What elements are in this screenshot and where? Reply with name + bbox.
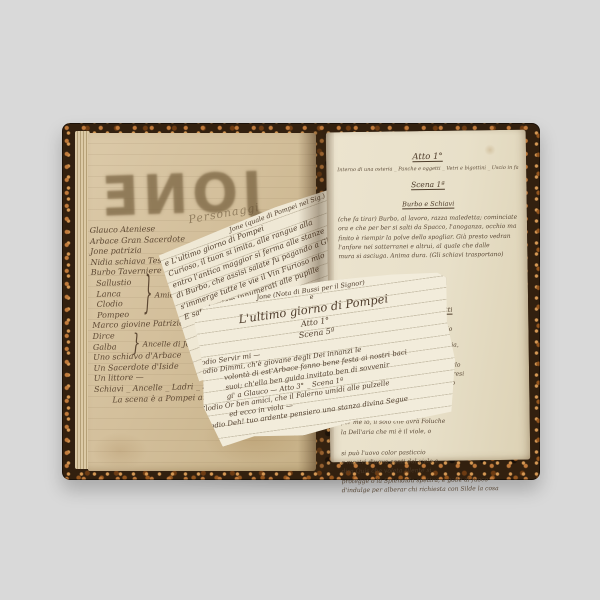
handwritten-line: mura si asciuga. Anima dura. (Gli schiav… (338, 250, 519, 262)
mirrored-stencil-word: JONE (97, 160, 263, 229)
scene1-cast: Burbo e Schiavi (402, 200, 454, 209)
brace-icon: } (144, 270, 152, 321)
act-heading: Atto 1° (412, 152, 442, 162)
handwritten-line: la Dell'aria che mi è il viole, o (341, 425, 522, 437)
handwritten-line: d'indulge per alberar chi richiesta con … (342, 484, 523, 496)
bleedthrough-stencil-text: JONE (97, 160, 263, 229)
scene1-heading: Scena 1ª (411, 180, 445, 189)
scene1-paragraph: (che fa tirar) Burbo, al lavoro, razza m… (338, 213, 520, 262)
paragraph-c: si può l'uovo color pasticcio e mostri d… (341, 447, 523, 496)
front-sheet-dialogue: Clodio Servir mi — Clodio Dimmi, ch'è gi… (183, 324, 463, 435)
photograph-of-open-manuscript-book: JONE Personaggi Glauco Ateniese Arbace G… (0, 0, 600, 600)
brace-icon: } (132, 330, 140, 359)
